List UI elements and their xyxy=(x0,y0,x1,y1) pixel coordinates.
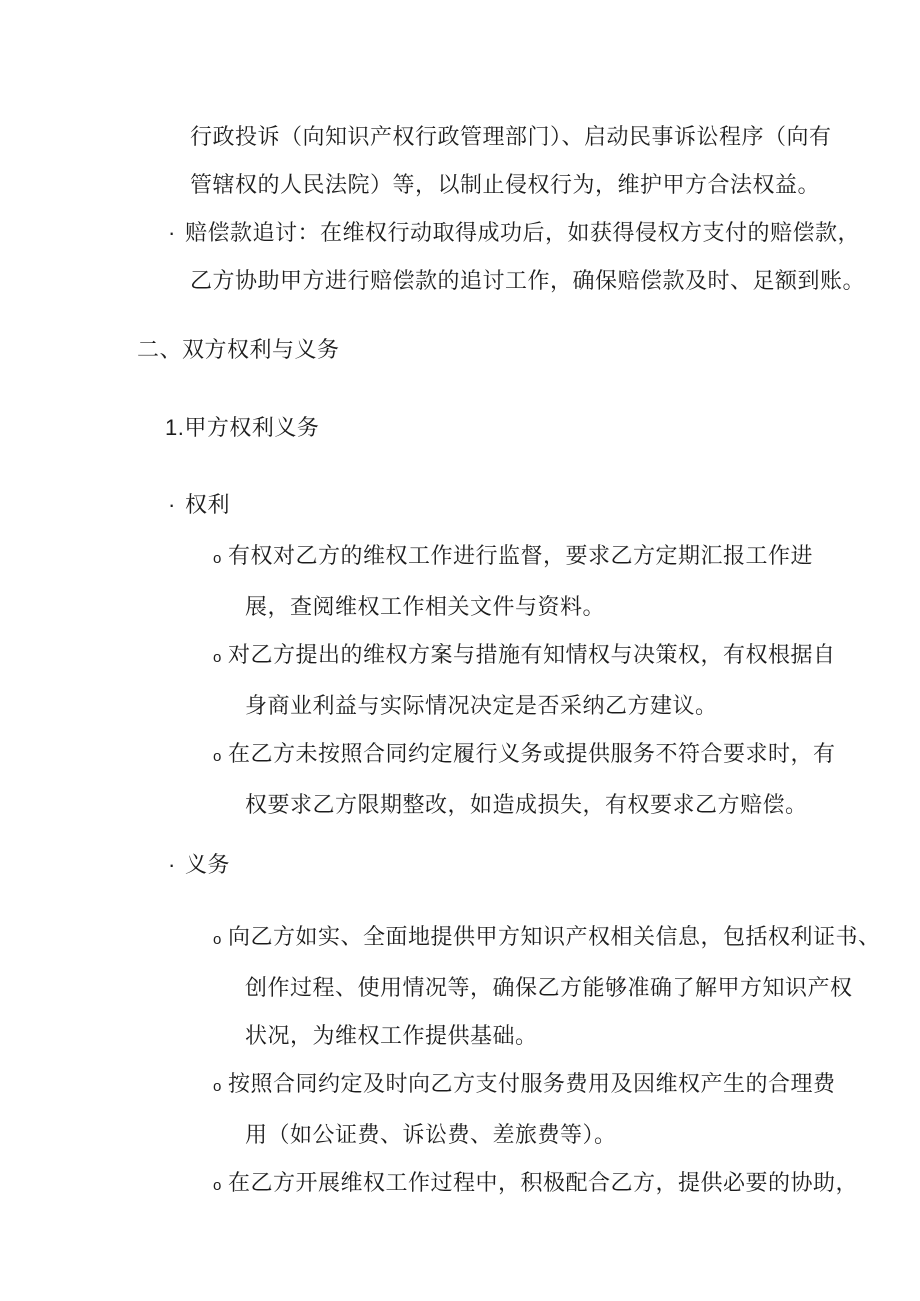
list-item: o向乙方如实、全面地提供甲方知识产权相关信息，包括权利证书、 xyxy=(0,913,920,964)
paragraph-line: 状况，为维权工作提供基础。 xyxy=(0,1012,920,1060)
list-item-text: 有权对乙方的维权工作进行监督，要求乙方定期汇报工作进 xyxy=(228,543,813,568)
list-item-text: 按照合同约定及时向乙方支付服务费用及因维权产生的合理费 xyxy=(228,1071,836,1096)
list-item: o在乙方开展维权工作过程中，积极配合乙方，提供必要的协助， xyxy=(0,1159,920,1210)
paragraph-line: 用（如公证费、诉讼费、差旅费等）。 xyxy=(0,1111,920,1159)
paragraph-line: 乙方协助甲方进行赔偿款的追讨工作，确保赔偿款及时、足额到账。 xyxy=(0,257,920,305)
paragraph-line: 权要求乙方限期整改，如造成损失，有权要求乙方赔偿。 xyxy=(0,781,920,829)
bullet-circle-marker: o xyxy=(213,1063,228,1111)
bullet-dot-marker: · xyxy=(168,481,185,529)
list-item-obligations: ·义务 xyxy=(0,841,920,889)
section-heading: 二、双方权利与义务 xyxy=(0,326,920,374)
bullet-dot-marker: · xyxy=(168,209,185,257)
list-item-text: 赔偿款追讨：在维权行动取得成功后，如获得侵权方支付的赔偿款， xyxy=(185,220,860,245)
paragraph-line: 创作过程、使用情况等，确保乙方能够准确了解甲方知识产权 xyxy=(0,964,920,1012)
paragraph-line: 展，查阅维权工作相关文件与资料。 xyxy=(0,583,920,631)
list-item: o对乙方提出的维权方案与措施有知情权与决策权，有权根据自 xyxy=(0,631,920,682)
paragraph-line: 行政投诉（向知识产权行政管理部门）、启动民事诉讼程序（向有 xyxy=(0,113,920,161)
bullet-circle-marker: o xyxy=(213,634,228,682)
list-item-rights: ·权利 xyxy=(0,481,920,529)
bullet-dot-marker: · xyxy=(168,841,185,889)
list-item-text: 在乙方未按照合同约定履行义务或提供服务不符合要求时，有 xyxy=(228,741,836,766)
list-item-text: 在乙方开展维权工作过程中，积极配合乙方，提供必要的协助， xyxy=(228,1170,858,1195)
list-item-text: 对乙方提出的维权方案与措施有知情权与决策权，有权根据自 xyxy=(228,642,836,667)
list-item-text: 权利 xyxy=(185,492,230,517)
list-item: o按照合同约定及时向乙方支付服务费用及因维权产生的合理费 xyxy=(0,1060,920,1111)
bullet-circle-marker: o xyxy=(213,1162,228,1210)
list-item-text: 义务 xyxy=(185,852,230,877)
paragraph-line: 管辖权的人民法院）等，以制止侵权行为，维护甲方合法权益。 xyxy=(0,161,920,209)
list-item: ·赔偿款追讨：在维权行动取得成功后，如获得侵权方支付的赔偿款， xyxy=(0,209,920,257)
bullet-circle-marker: o xyxy=(213,733,228,781)
sub-heading: 1.甲方权利义务 xyxy=(0,404,920,452)
bullet-circle-marker: o xyxy=(213,535,228,583)
list-item: o有权对乙方的维权工作进行监督，要求乙方定期汇报工作进 xyxy=(0,532,920,583)
document-page: 行政投诉（向知识产权行政管理部门）、启动民事诉讼程序（向有 管辖权的人民法院）等… xyxy=(0,0,920,1301)
list-item: o在乙方未按照合同约定履行义务或提供服务不符合要求时，有 xyxy=(0,730,920,781)
list-item-text: 向乙方如实、全面地提供甲方知识产权相关信息，包括权利证书、 xyxy=(228,924,881,949)
bullet-circle-marker: o xyxy=(213,916,228,964)
paragraph-line: 身商业利益与实际情况决定是否采纳乙方建议。 xyxy=(0,682,920,730)
